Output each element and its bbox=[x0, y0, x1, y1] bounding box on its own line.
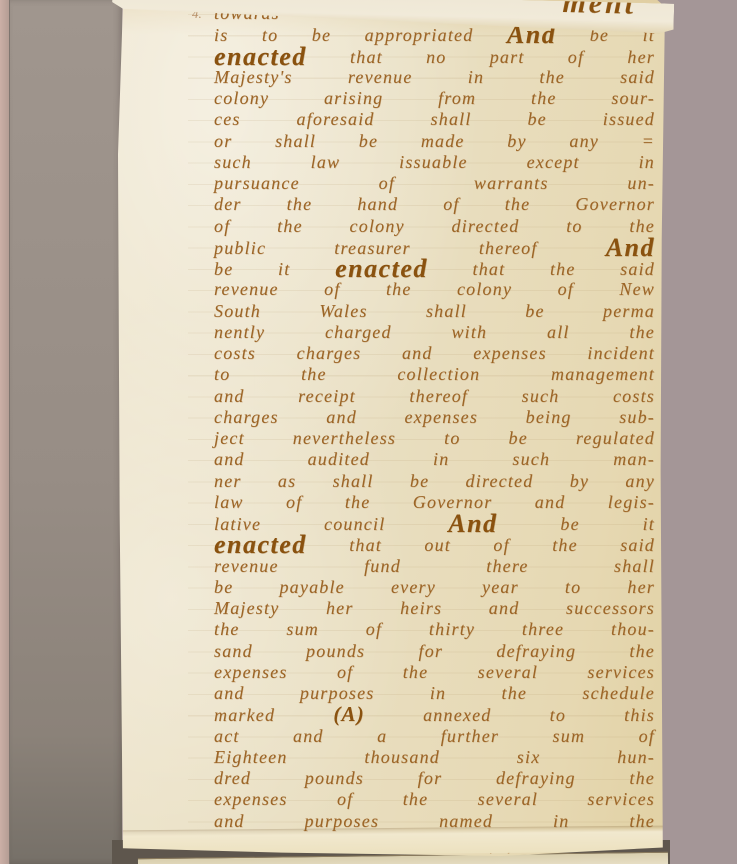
manuscript-line: revenue fund there shall bbox=[214, 556, 655, 577]
manuscript-line: charges and expenses being sub- bbox=[214, 407, 655, 428]
manuscript-line: and purposes in the schedule bbox=[214, 683, 655, 704]
handwritten-text: pursuance of warrants un- bbox=[214, 173, 655, 193]
handwritten-text: South Wales shall be perma bbox=[214, 301, 655, 321]
manuscript-line: law of the Governor and legis- bbox=[214, 492, 655, 513]
handwritten-text: that out of the said bbox=[307, 535, 655, 555]
handwritten-text: der the hand of the Governor bbox=[214, 194, 655, 214]
handwritten-text: to the collection management bbox=[214, 364, 655, 384]
handwritten-text: revenue fund there shall bbox=[214, 556, 655, 576]
mount-panel-left bbox=[10, 0, 122, 864]
handwritten-text: expenses of the several services bbox=[214, 662, 655, 682]
manuscript-line: marked (A) annexed to this bbox=[214, 704, 655, 725]
manuscript-line: act and a further sum of bbox=[214, 726, 655, 747]
manuscript-line: colony arising from the sour- bbox=[214, 88, 655, 109]
manuscript-line: expenses of the several services bbox=[214, 662, 655, 683]
manuscript-line: Majesty her heirs and successors bbox=[214, 598, 655, 619]
manuscript-line: or shall be made by any = bbox=[214, 131, 655, 152]
handwritten-text: such law issuable except in bbox=[214, 152, 655, 172]
manuscript-line: public treasurer thereof And bbox=[214, 237, 655, 258]
manuscript-line: sand pounds for defraying the bbox=[214, 641, 655, 662]
handwritten-text: charges and expenses being sub- bbox=[214, 407, 655, 427]
manuscript-line: expenses of the several services bbox=[214, 789, 655, 810]
manuscript-line: South Wales shall be perma bbox=[214, 301, 655, 322]
manuscript-line: pursuance of warrants un- bbox=[214, 173, 655, 194]
handwritten-text: dred pounds for defraying the bbox=[214, 768, 655, 788]
manuscript-line: ject nevertheless to be regulated bbox=[214, 428, 655, 449]
handwritten-text: (A) bbox=[333, 702, 365, 726]
manuscript-lines: towards which such moneyis to be appropr… bbox=[214, 3, 655, 853]
handwritten-text: marked bbox=[214, 705, 333, 725]
mount-board-edge bbox=[0, 0, 10, 864]
handwritten-text: Majesty's revenue in the said bbox=[214, 67, 655, 87]
handwritten-text: expenses of the several services bbox=[214, 789, 655, 809]
handwritten-text: be it bbox=[498, 514, 655, 534]
handwritten-text: ces aforesaid shall be issued bbox=[214, 109, 655, 129]
manuscript-line: der the hand of the Governor bbox=[214, 194, 655, 215]
handwritten-text: ject nevertheless to be regulated bbox=[214, 428, 655, 448]
handwritten-text: Eighteen thousand six hun- bbox=[214, 747, 655, 767]
manuscript-line: to the collection management bbox=[214, 364, 655, 385]
handwritten-text: or shall be made by any = bbox=[214, 131, 655, 151]
manuscript-line: enacted that no part of her bbox=[214, 46, 655, 67]
handwritten-text: of the colony directed to the bbox=[214, 216, 655, 236]
handwritten-text: that no part of her bbox=[307, 47, 655, 67]
manuscript-line: dred pounds for defraying the bbox=[214, 768, 655, 789]
handwritten-text: colony arising from the sour- bbox=[214, 88, 655, 108]
manuscript-line: and audited in such man- bbox=[214, 449, 655, 470]
manuscript-line: be it enacted that the said bbox=[214, 258, 655, 279]
handwritten-text: the sum of thirty three thou- bbox=[214, 619, 655, 639]
parchment-page: 4. towards which such moneyis to be appr… bbox=[118, 0, 665, 856]
clipped-engrossed-word: ment bbox=[562, 0, 636, 22]
manuscript-line: be payable every year to her bbox=[214, 577, 655, 598]
manuscript-line: the sum of thirty three thou- bbox=[214, 619, 655, 640]
handwritten-text: nently charged with all the bbox=[214, 322, 655, 342]
manuscript-line: enacted that out of the said bbox=[214, 534, 655, 555]
manuscript-line: costs charges and expenses incident bbox=[214, 343, 655, 364]
manuscript-line: such law issuable except in bbox=[214, 152, 655, 173]
manuscript-line: Majesty's revenue in the said bbox=[214, 67, 655, 88]
manuscript-line: ner as shall be directed by any bbox=[214, 471, 655, 492]
manuscript-line: ces aforesaid shall be issued bbox=[214, 109, 655, 130]
manuscript-line: Eighteen thousand six hun- bbox=[214, 747, 655, 768]
handwritten-text: act and a further sum of bbox=[214, 726, 655, 746]
manuscript-line: nently charged with all the bbox=[214, 322, 655, 343]
handwritten-text: revenue of the colony of New bbox=[214, 279, 655, 299]
handwritten-text: annexed to this bbox=[365, 705, 655, 725]
handwritten-text: ner as shall be directed by any bbox=[214, 471, 655, 491]
manuscript-photo: { "colors": { "background": "#a49697", "… bbox=[0, 0, 737, 864]
handwritten-text: and purposes in the schedule bbox=[214, 683, 655, 703]
handwritten-text: Majesty her heirs and successors bbox=[214, 598, 655, 618]
handwritten-text: and audited in such man- bbox=[214, 449, 655, 469]
handwritten-text: costs charges and expenses incident bbox=[214, 343, 655, 363]
handwritten-text: be payable every year to her bbox=[214, 577, 655, 597]
manuscript-line: of the colony directed to the bbox=[214, 216, 655, 237]
handwritten-text: be it bbox=[214, 259, 335, 279]
handwritten-text: and receipt thereof such costs bbox=[214, 386, 655, 406]
handwritten-text: that the said bbox=[428, 259, 655, 279]
handwritten-text: sand pounds for defraying the bbox=[214, 641, 655, 661]
manuscript-line: revenue of the colony of New bbox=[214, 279, 655, 300]
manuscript-line: and receipt thereof such costs bbox=[214, 386, 655, 407]
handwritten-text: law of the Governor and legis- bbox=[214, 492, 655, 512]
